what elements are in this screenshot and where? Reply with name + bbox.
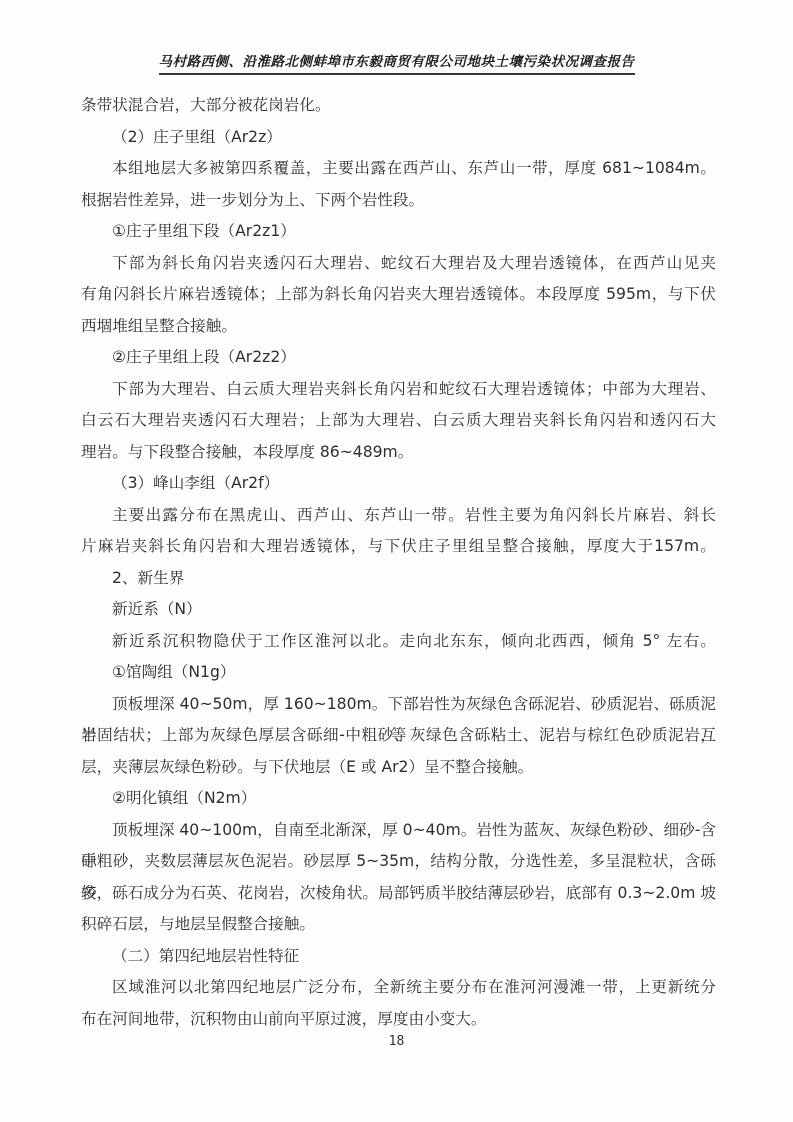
text-line: 中粗砂，夹数层薄层灰色泥岩。砂层厚 5~35m，结构分散，分选性差，多呈混粒状，… — [81, 846, 716, 878]
text-line-heading: ②明化镇组（N2m） — [81, 783, 716, 815]
text-line: 积碎石层，与地层呈假整合接触。 — [81, 909, 716, 941]
text-line-heading: 2、新生界 — [81, 563, 716, 595]
text-line: 多，砾石成分为石英、花岗岩，次棱角状。局部钙质半胶结薄层砂岩，底部有 0.3~2… — [81, 878, 716, 910]
text-line: 半固结状；上部为灰绿色厚层含砾细-中粗砂、灰绿色含砾粘土、泥岩与棕红色砂质泥岩互 — [81, 720, 716, 752]
text-line: 下部为大理岩、白云质大理岩夹斜长角闪岩和蛇纹石大理岩透镜体；中部为大理岩、 — [81, 374, 716, 406]
text-line: 层，夹薄层灰绿色粉砂。与下伏地层（E 或 Ar2）呈不整合接触。 — [81, 752, 716, 784]
document-body: 条带状混合岩，大部分被花岗岩化。 （2）庄子里组（Ar2z） 本组地层大多被第四… — [81, 90, 716, 1035]
text-line: 顶板埋深 40~50m，厚 160~180m。下部岩性为灰绿色含砾泥岩、砂质泥岩… — [81, 689, 716, 721]
text-line: 条带状混合岩，大部分被花岗岩化。 — [81, 90, 716, 122]
text-line-heading: ①庄子里组下段（Ar2z1） — [81, 216, 716, 248]
page-header: 马村路西侧、沿淮路北侧蚌埠市东毅商贸有限公司地块土壤污染状况调查报告 — [0, 50, 793, 75]
report-title: 马村路西侧、沿淮路北侧蚌埠市东毅商贸有限公司地块土壤污染状况调查报告 — [159, 50, 635, 75]
text-line: 根据岩性差异，进一步划分为上、下两个岩性段。 — [81, 185, 716, 217]
text-line-heading: ②庄子里组上段（Ar2z2） — [81, 342, 716, 374]
text-line: 主要出露分布在黑虎山、西芦山、东芦山一带。岩性主要为角闪斜长片麻岩、斜长 — [81, 500, 716, 532]
text-line: 有角闪斜长片麻岩透镜体；上部为斜长角闪岩夹大理岩透镜体。本段厚度 595m，与下… — [81, 279, 716, 311]
text-line: 区域淮河以北第四纪地层广泛分布，全新统主要分布在淮河河漫滩一带，上更新统分 — [81, 972, 716, 1004]
text-line: 理岩。与下段整合接触，本段厚度 86~489m。 — [81, 437, 716, 469]
page-footer: 18 — [0, 1034, 793, 1049]
text-line-heading: 新近系（N） — [81, 594, 716, 626]
text-line: 下部为斜长角闪岩夹透闪石大理岩、蛇纹石大理岩及大理岩透镜体，在西芦山见夹 — [81, 248, 716, 280]
page-number: 18 — [389, 1034, 405, 1049]
text-line: 白云石大理岩夹透闪石大理岩；上部为大理岩、白云质大理岩夹斜长角闪岩和透闪石大 — [81, 405, 716, 437]
text-line: 顶板埋深 40~100m，自南至北渐深，厚 0~40m。岩性为蓝灰、灰绿色粉砂、… — [81, 815, 716, 847]
text-line-heading: （二）第四纪地层岩性特征 — [81, 941, 716, 973]
text-line-heading: （2）庄子里组（Ar2z） — [81, 122, 716, 154]
document-page: 马村路西侧、沿淮路北侧蚌埠市东毅商贸有限公司地块土壤污染状况调查报告 条带状混合… — [0, 0, 793, 1122]
text-line: 片麻岩夹斜长角闪岩和大理岩透镜体，与下伏庄子里组呈整合接触，厚度大于157m。 — [81, 531, 716, 563]
text-line: 新近系沉积物隐伏于工作区淮河以北。走向北东东，倾向北西西，倾角 5° 左右。 — [81, 626, 716, 658]
text-line: 布在河间地带，沉积物由山前向平原过渡，厚度由小变大。 — [81, 1004, 716, 1036]
text-line: 本组地层大多被第四系覆盖，主要出露在西芦山、东芦山一带，厚度 681~1084m… — [81, 153, 716, 185]
text-line: 西堌堆组呈整合接触。 — [81, 311, 716, 343]
text-line-heading: ①馆陶组（N1g） — [81, 657, 716, 689]
text-line-heading: （3）峰山李组（Ar2f） — [81, 468, 716, 500]
